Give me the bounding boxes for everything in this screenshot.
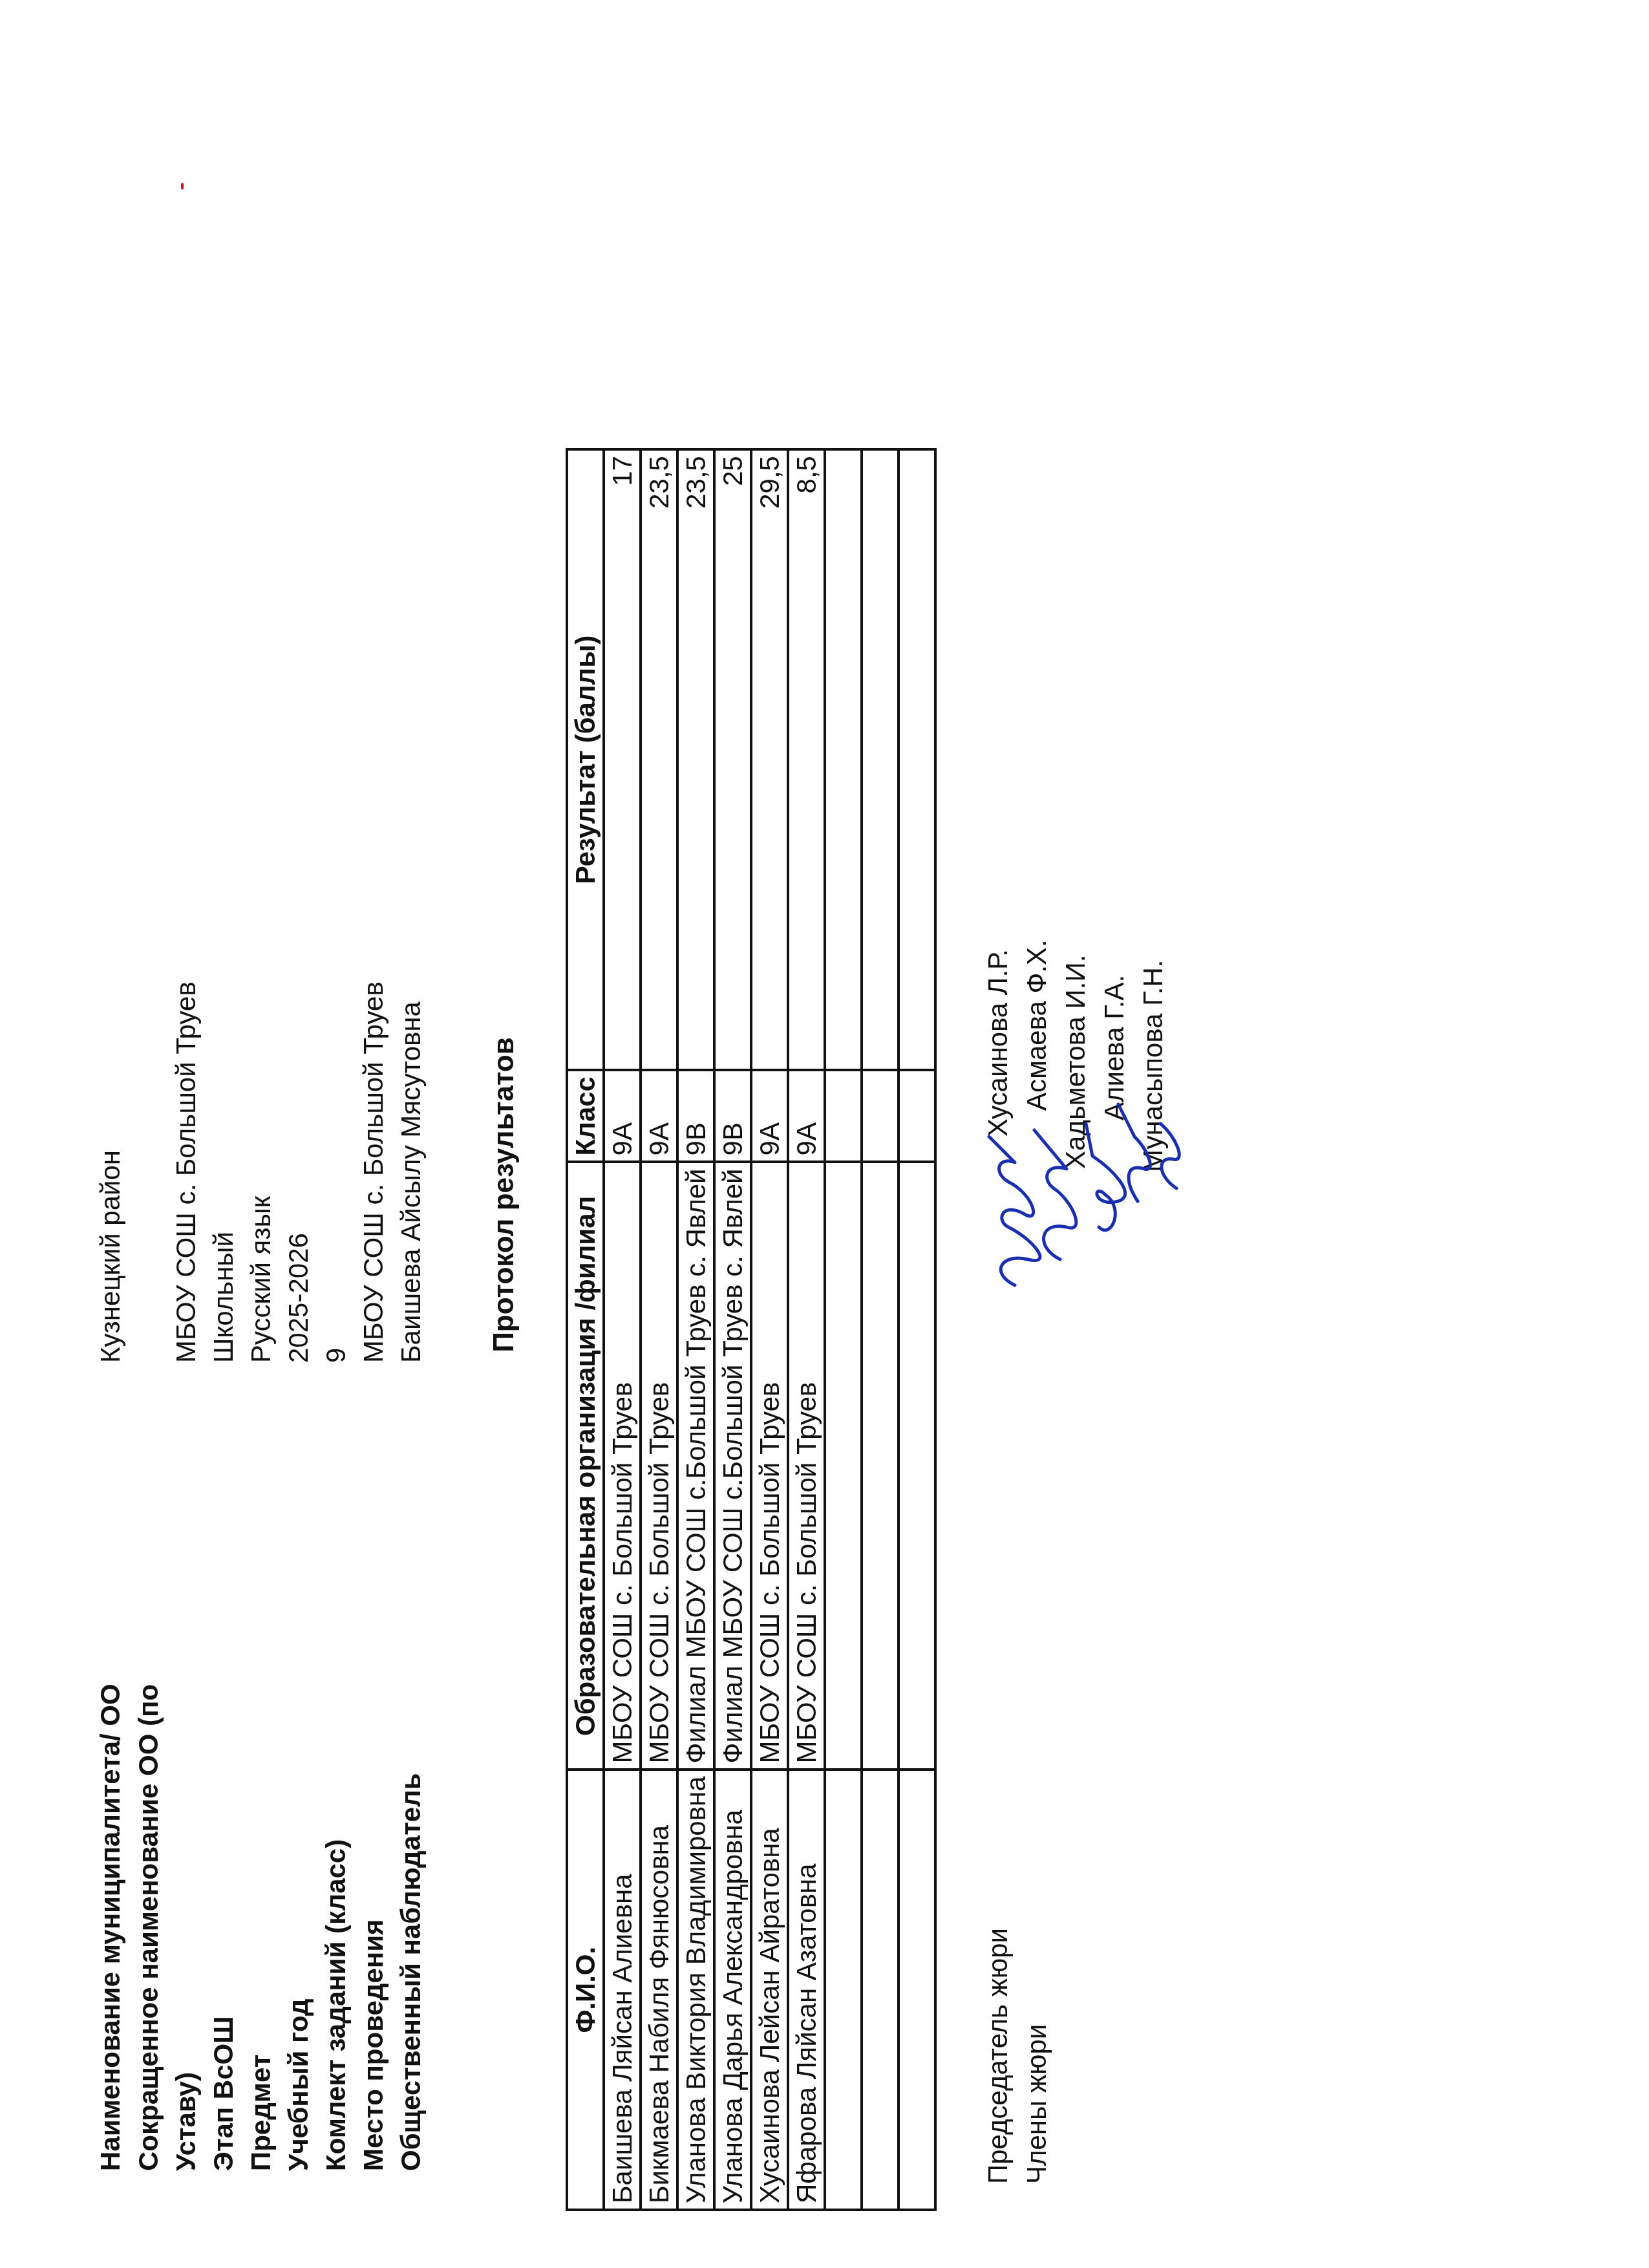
column-header-class: Класс bbox=[567, 1070, 604, 1162]
cell-organization: МБОУ СОШ с. Большой Труев bbox=[751, 1162, 788, 1770]
cell-score: 23,5 bbox=[641, 449, 677, 1070]
cell-organization bbox=[862, 1162, 899, 1770]
meta-label-task-set: Комлект заданий (класс) bbox=[323, 1839, 350, 2171]
cell-name bbox=[899, 1770, 935, 2210]
meta-value-year: 2025-2026 bbox=[285, 1233, 312, 1363]
table-row: Баишева Ляйсан АлиевнаМБОУ СОШ с. Большо… bbox=[604, 449, 641, 2210]
meta-label-venue: Место проведения bbox=[360, 1919, 387, 2171]
table-row: Бикмаева Набиля ФянюсовнаМБОУ СОШ с. Бол… bbox=[641, 449, 677, 2210]
meta-label-year: Учебный год bbox=[285, 1998, 312, 2171]
cell-class: 9А bbox=[604, 1070, 641, 1162]
cell-name: Уланова Дарья Александровна bbox=[714, 1770, 751, 2210]
cell-class: 9А bbox=[788, 1070, 825, 1162]
cell-organization: МБОУ СОШ с. Большой Труев bbox=[604, 1162, 641, 1770]
cell-organization: Филиал МБОУ СОШ с.Большой Труев с. Явлей bbox=[714, 1162, 751, 1770]
meta-value-venue: МБОУ СОШ с. Большой Труев bbox=[360, 981, 387, 1363]
jury-member-name: Асмаева Ф.Х. bbox=[1021, 939, 1052, 1111]
cell-class bbox=[899, 1070, 935, 1162]
table-row bbox=[825, 449, 862, 2210]
table-row: Уланова Дарья АлександровнаФилиал МБОУ С… bbox=[714, 449, 751, 2210]
jury-members-label: Члены жюри bbox=[1021, 2024, 1052, 2184]
table-header-row: Ф.И.О. Образовательная организация /фили… bbox=[567, 449, 604, 2210]
cell-organization: МБОУ СОШ с. Большой Труев bbox=[641, 1162, 677, 1770]
cell-name: Бикмаева Набиля Фянюсовна bbox=[641, 1770, 677, 2210]
column-header-organization: Образовательная организация /филиал bbox=[567, 1162, 604, 1770]
scan-speck bbox=[181, 183, 184, 189]
table-row: Уланова Виктория ВладимировнаФилиал МБОУ… bbox=[677, 449, 714, 2210]
meta-label-municipality: Наименование муниципалитета/ ОО bbox=[97, 1684, 124, 2171]
table-row: Хусаинова Лейсан АйратовнаМБОУ СОШ с. Бо… bbox=[751, 449, 788, 2210]
column-header-score: Результат (баллы) bbox=[567, 449, 604, 1070]
cell-score bbox=[862, 449, 899, 1070]
meta-label-stage: Этап ВсОШ bbox=[210, 2017, 237, 2171]
cell-score bbox=[825, 449, 862, 1070]
jury-member-name: Алиева Г.А. bbox=[1099, 975, 1130, 1120]
jury-chair-name: Хусаинова Л.Р. bbox=[983, 949, 1014, 1137]
cell-class: 9В bbox=[677, 1070, 714, 1162]
meta-label-charter: Уставу) bbox=[173, 2072, 200, 2171]
meta-label-observer: Общественный наблюдатель bbox=[398, 1773, 425, 2171]
cell-name bbox=[825, 1770, 862, 2210]
meta-label-short-name: Сокращенное наименование ОО (по bbox=[135, 1684, 162, 2171]
meta-label-subject: Предмет bbox=[248, 2055, 275, 2171]
table-row bbox=[862, 449, 899, 2210]
cell-score bbox=[899, 449, 935, 1070]
cell-score: 17 bbox=[604, 449, 641, 1070]
cell-score: 23,5 bbox=[677, 449, 714, 1070]
meta-value-task-set: 9 bbox=[323, 1348, 350, 1363]
cell-name: Уланова Виктория Владимировна bbox=[677, 1770, 714, 2210]
meta-value-stage: Школьный bbox=[210, 1232, 237, 1363]
cell-score: 29,5 bbox=[751, 449, 788, 1070]
meta-value-observer: Баишева Айсылу Мясутовна bbox=[398, 1001, 425, 1363]
cell-class: 9А bbox=[751, 1070, 788, 1162]
cell-name: Хусаинова Лейсан Айратовна bbox=[751, 1770, 788, 2210]
table-row: Яфарова Ляйсан АзатовнаМБОУ СОШ с. Больш… bbox=[788, 449, 825, 2210]
cell-score: 25 bbox=[714, 449, 751, 1070]
meta-value-subject: Русский язык bbox=[248, 1196, 275, 1363]
cell-name: Баишева Ляйсан Алиевна bbox=[604, 1770, 641, 2210]
document-page: Наименование муниципалитета/ ОО Кузнецки… bbox=[0, 0, 1649, 2268]
table-row bbox=[899, 449, 935, 2210]
cell-organization bbox=[899, 1162, 935, 1770]
cell-class bbox=[862, 1070, 899, 1162]
cell-organization: Филиал МБОУ СОШ с.Большой Труев с. Явлей bbox=[677, 1162, 714, 1770]
cell-name: Яфарова Ляйсан Азатовна bbox=[788, 1770, 825, 2210]
cell-organization bbox=[825, 1162, 862, 1770]
cell-class: 9В bbox=[714, 1070, 751, 1162]
cell-score: 8,5 bbox=[788, 449, 825, 1070]
cell-organization: МБОУ СОШ с. Большой Труев bbox=[788, 1162, 825, 1770]
cell-class: 9А bbox=[641, 1070, 677, 1162]
meta-value-municipality: Кузнецкий район bbox=[97, 1150, 124, 1363]
cell-class bbox=[825, 1070, 862, 1162]
results-table: Ф.И.О. Образовательная организация /фили… bbox=[566, 448, 937, 2211]
jury-member-name: Хадьметова И.И. bbox=[1060, 955, 1091, 1169]
meta-value-school: МБОУ СОШ с. Большой Труев bbox=[173, 981, 200, 1363]
page-title: Протокол результатов bbox=[488, 962, 520, 1428]
jury-member-name: Мунасыпова Г.Н. bbox=[1138, 960, 1169, 1172]
column-header-name: Ф.И.О. bbox=[567, 1770, 604, 2210]
jury-chair-label: Председатель жюри bbox=[983, 1928, 1014, 2184]
cell-name bbox=[862, 1770, 899, 2210]
